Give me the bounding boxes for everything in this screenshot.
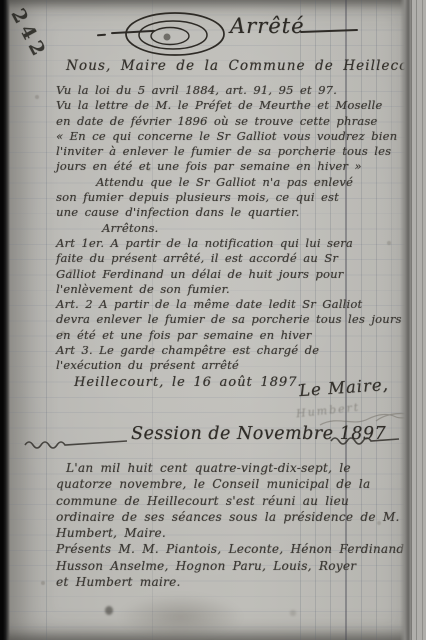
margin-rule (46, 0, 47, 640)
stain (118, 594, 243, 640)
manuscript-line: Nous, Maire de la Commune de Heillecourt… (66, 56, 416, 77)
manuscript-line: « En ce qui concerne le Sr Galliot vous … (56, 129, 416, 144)
book-binding-edge (0, 0, 10, 640)
page-number: 242 (7, 5, 52, 64)
manuscript-line: commune de Heillecourt s'est réuni au li… (56, 493, 416, 509)
manuscript-line: quatorze novembre, le Conseil municipal … (56, 476, 416, 492)
manuscript-line: devra enlever le fumier de sa porcherie … (56, 312, 416, 327)
session-rule-right-icon (330, 434, 402, 448)
manuscript-line: Art. 2 A partir de la même date ledit Sr… (56, 297, 416, 312)
manuscript-line: Vu la loi du 5 avril 1884, art. 91, 95 e… (56, 83, 416, 98)
manuscript-line: l'inviter à enlever le fumier de sa porc… (56, 144, 416, 159)
manuscript-line: l'enlèvement de son fumier. (56, 282, 416, 297)
manuscript-line: Art 3. Le garde champêtre est chargé de (56, 343, 416, 358)
next-page-edge (411, 0, 426, 640)
title-rule-right (300, 29, 358, 33)
manuscript-line: Galliot Ferdinand un délai de huit jours… (56, 267, 416, 282)
manuscript-line: l'exécution du présent arrêté (56, 358, 416, 373)
manuscript-line: faite du présent arrêté, il est accordé … (56, 251, 416, 266)
session-header: Session de Novembre 1897 (0, 422, 426, 452)
decree-title: Arrêté (95, 8, 375, 56)
manuscript-line: son fumier depuis plusieurs mois, ce qui… (56, 190, 416, 205)
manuscript-line: Husson Anselme, Hognon Paru, Louis, Roye… (56, 558, 416, 574)
manuscript-line: L'an mil huit cent quatre-vingt-dix-sept… (66, 460, 416, 476)
page-edge (400, 0, 411, 640)
manuscript-line: et Humbert maire. (56, 574, 416, 590)
manuscript-line: Arrêtons. (102, 221, 416, 236)
decree-title-text: Arrêté (230, 14, 305, 38)
manuscript-line: Art 1er. A partir de la notification qui… (56, 236, 416, 251)
session-rule-left-icon (24, 436, 130, 450)
manuscript-line: en date de février 1896 où se trouve cet… (56, 114, 416, 129)
stain (105, 606, 113, 615)
manuscript-line: Attendu que le Sr Galliot n'a pas enlevé (96, 175, 416, 190)
manuscript-line: Vu la lettre de M. le Préfet de Meurthe … (56, 98, 416, 113)
manuscript-line: Présents M. M. Piantois, Leconte, Hénon … (56, 541, 416, 557)
manuscript-line: une cause d'infection dans le quartier. (56, 205, 416, 220)
manuscript-line: ordinaire de ses séances sous la préside… (56, 509, 416, 525)
decree-section: Nous, Maire de la Commune de Heillecourt… (56, 56, 416, 391)
register-page: 242 Arrêté Nous, Maire de la Commune de … (0, 0, 426, 640)
manuscript-line: en été et une fois par semaine en hiver (56, 328, 416, 343)
title-flourish-icon (123, 10, 227, 58)
manuscript-line: Humbert, Maire. (56, 525, 416, 541)
session-section: L'an mil huit cent quatre-vingt-dix-sept… (56, 460, 416, 590)
title-rule-left (97, 34, 106, 37)
manuscript-line: jours en été et une fois par semaine en … (56, 159, 416, 174)
